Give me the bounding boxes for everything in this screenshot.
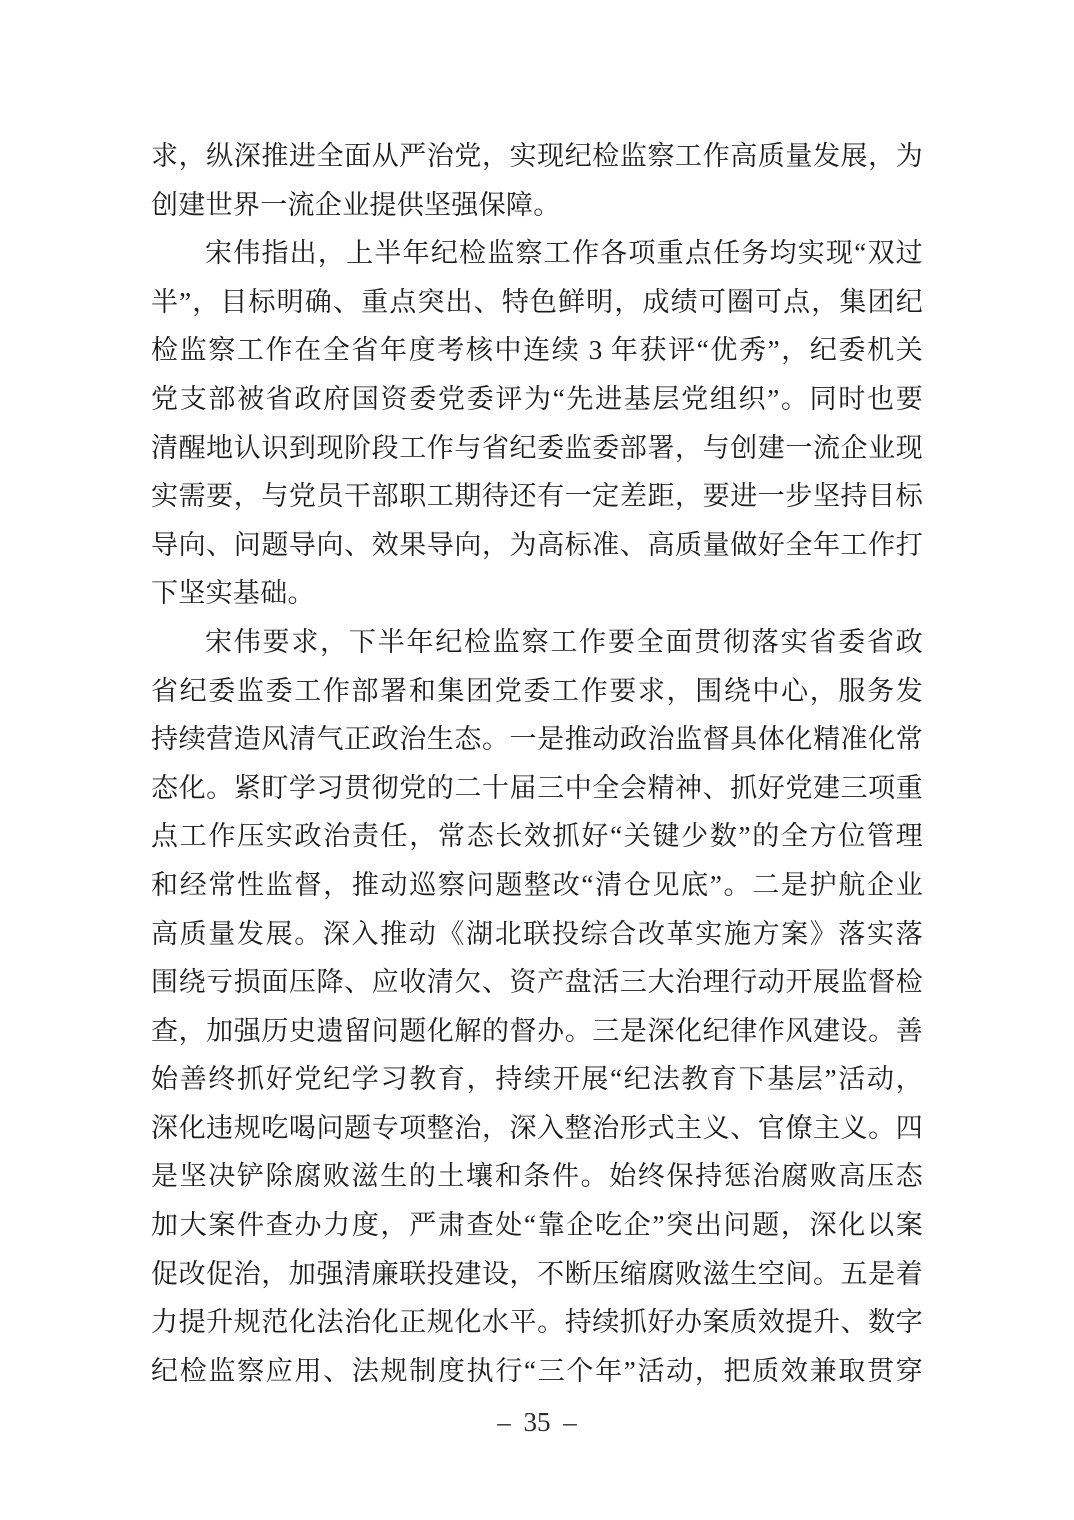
text-line: 检监察工作在全省年度考核中连续 3 年获评“优秀”，纪委机关 — [151, 326, 923, 375]
page-number: – 35 – — [0, 1404, 1074, 1440]
document-body: 求，纵深推进全面从严治党，实现纪检监察工作高质量发展，为创建世界一流企业提供坚强… — [151, 132, 923, 1395]
text-line: 加大案件查办力度，严肃查处“靠企吃企”突出问题，深化以案 — [151, 1201, 923, 1250]
text-line: 下坚实基础。 — [151, 569, 923, 618]
text-line: 创建世界一流企业提供坚强保障。 — [151, 181, 923, 230]
text-line: 深化违规吃喝问题专项整治，深入整治形式主义、官僚主义。四 — [151, 1104, 923, 1153]
text-line: 点工作压实政治责任，常态长效抓好“关键少数”的全方位管理 — [151, 812, 923, 861]
text-line: 和经常性监督，推动巡察问题整改“清仓见底”。二是护航企业 — [151, 861, 923, 910]
text-line: 高质量发展。深入推动《湖北联投综合改革实施方案》落实落细， — [151, 910, 923, 959]
text-line: 宋伟要求，下半年纪检监察工作要全面贯彻落实省委省政府、 — [151, 618, 923, 667]
text-line: 持续营造风清气正政治生态。一是推动政治监督具体化精准化常 — [151, 715, 923, 764]
text-line: 求，纵深推进全面从严治党，实现纪检监察工作高质量发展，为 — [151, 132, 923, 181]
text-line: 围绕亏损面压降、应收清欠、资产盘活三大治理行动开展监督检 — [151, 958, 923, 1007]
text-line: 查，加强历史遗留问题化解的督办。三是深化纪律作风建设。善 — [151, 1007, 923, 1056]
text-line: 纪检监察应用、法规制度执行“三个年”活动，把质效兼取贯穿 — [151, 1347, 923, 1396]
text-line: 力提升规范化法治化正规化水平。持续抓好办案质效提升、数字 — [151, 1298, 923, 1347]
text-line: 促改促治，加强清廉联投建设，不断压缩腐败滋生空间。五是着 — [151, 1250, 923, 1299]
text-line: 清醒地认识到现阶段工作与省纪委监委部署，与创建一流企业现 — [151, 424, 923, 473]
text-line: 省纪委监委工作部署和集团党委工作要求，围绕中心，服务发展， — [151, 667, 923, 716]
text-line: 是坚决铲除腐败滋生的土壤和条件。始终保持惩治腐败高压态势， — [151, 1152, 923, 1201]
text-line: 宋伟指出，上半年纪检监察工作各项重点任务均实现“双过 — [151, 229, 923, 278]
text-line: 态化。紧盯学习贯彻党的二十届三中全会精神、抓好党建三项重 — [151, 764, 923, 813]
text-line: 党支部被省政府国资委党委评为“先进基层党组织”。同时也要 — [151, 375, 923, 424]
document-page: 求，纵深推进全面从严治党，实现纪检监察工作高质量发展，为创建世界一流企业提供坚强… — [0, 0, 1074, 1520]
text-line: 始善终抓好党纪学习教育，持续开展“纪法教育下基层”活动， — [151, 1055, 923, 1104]
text-line: 半”，目标明确、重点突出、特色鲜明，成绩可圈可点，集团纪 — [151, 278, 923, 327]
text-line: 导向、问题导向、效果导向，为高标准、高质量做好全年工作打 — [151, 521, 923, 570]
text-line: 实需要，与党员干部职工期待还有一定差距，要进一步坚持目标 — [151, 472, 923, 521]
